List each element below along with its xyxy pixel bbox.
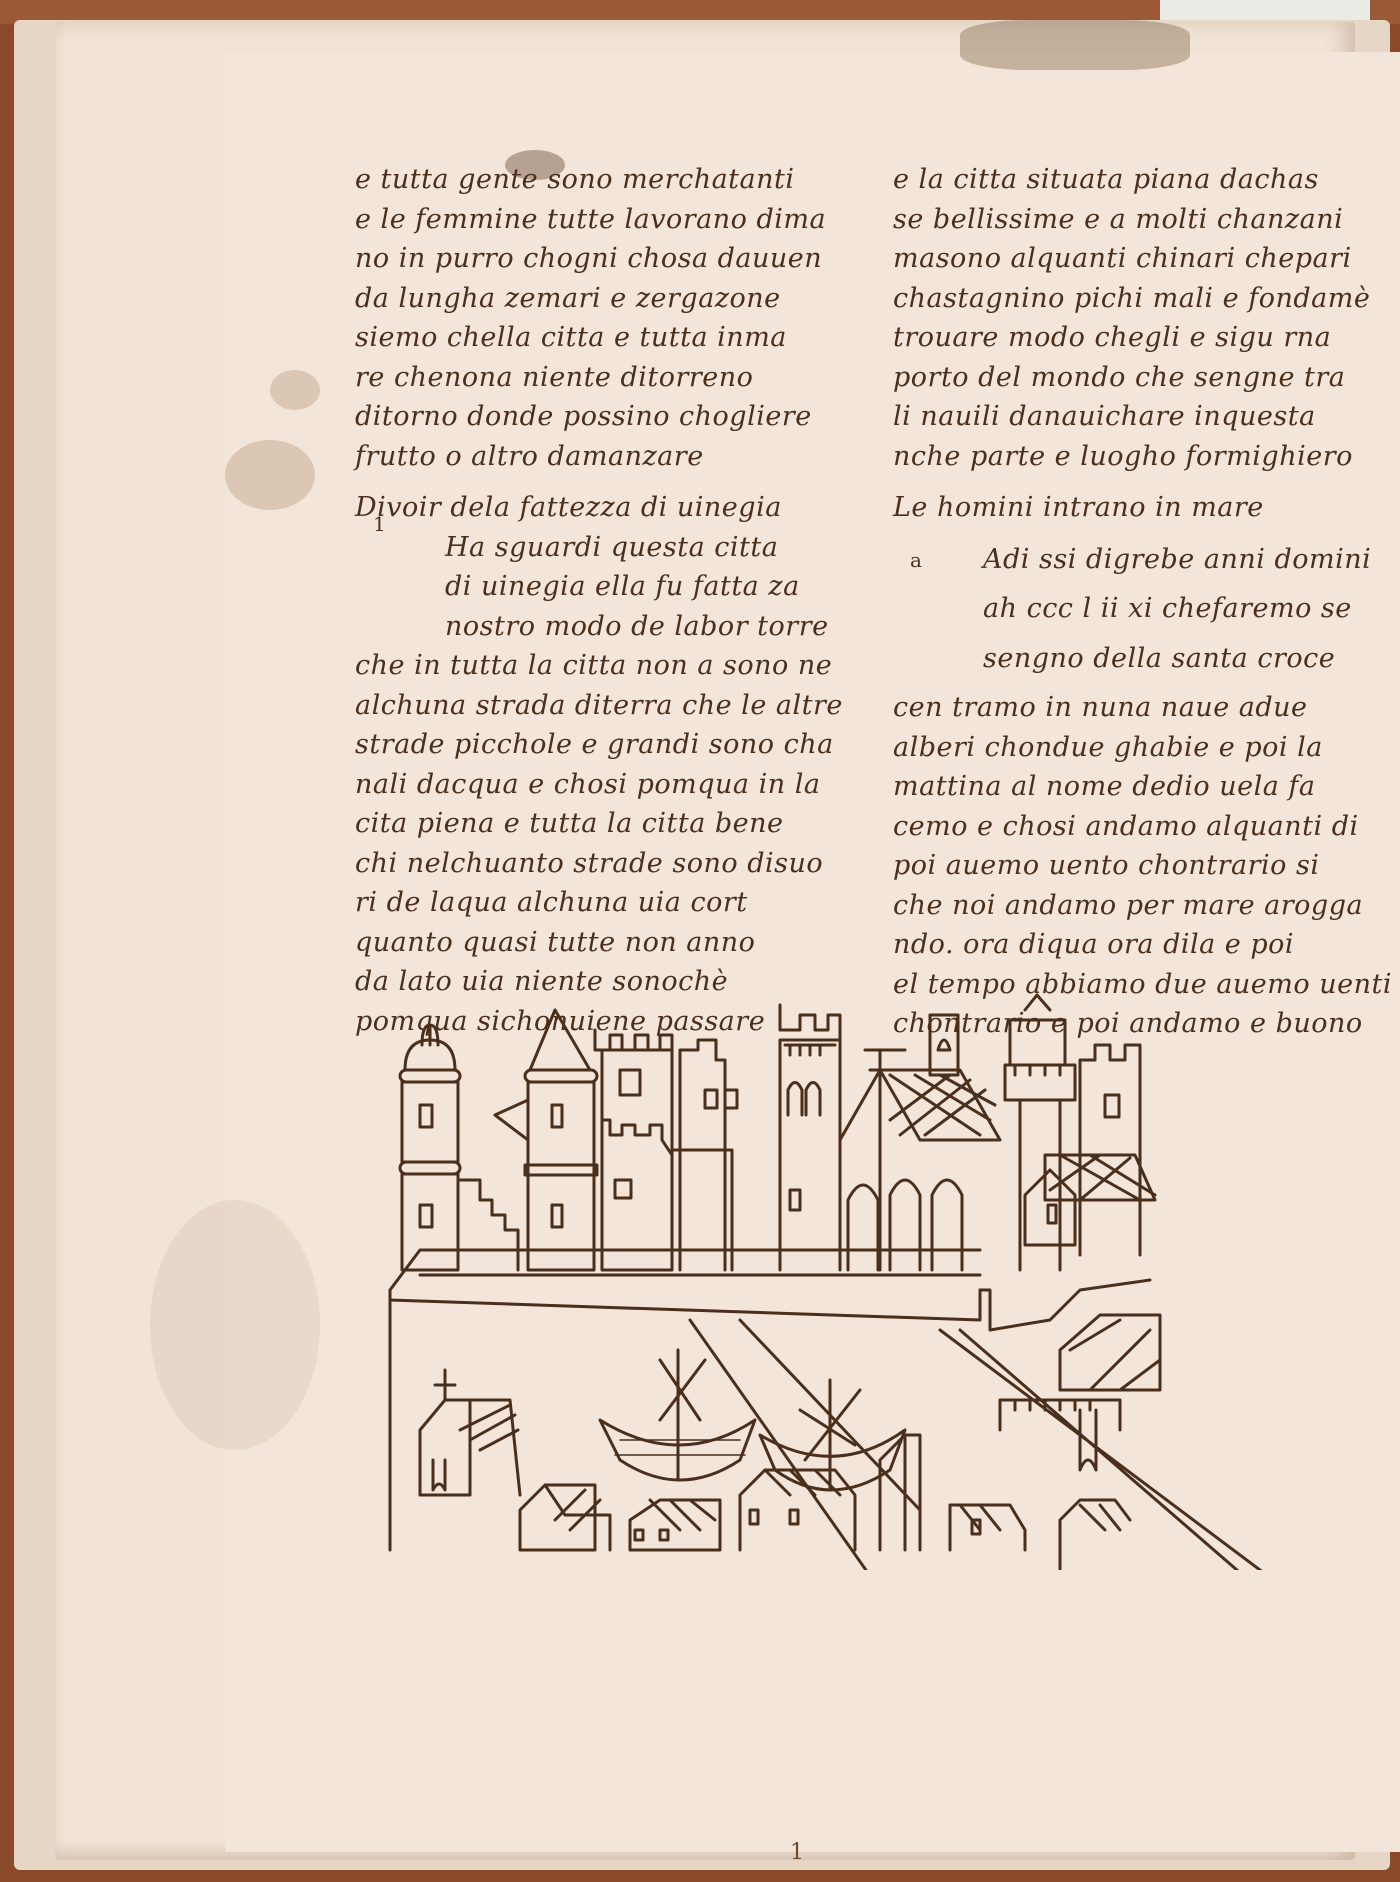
water-stain (150, 1200, 320, 1450)
text-line: cen tramo in nuna naue adue (893, 688, 1392, 728)
text-line: sengno della santa croce (893, 639, 1392, 679)
text-line: mattina al nome dedio uela fa (893, 767, 1392, 807)
text-line: cita piena e tutta la citta bene (355, 804, 843, 844)
text-line: strade picchole e grandi sono cha (355, 725, 843, 765)
paragraph-marker: 1 (373, 512, 386, 536)
text-line: e la citta situata piana dachas (893, 160, 1392, 200)
ship-2 (760, 1380, 905, 1490)
skyline (400, 995, 1155, 1270)
text-line: frutto o altro damanzare (355, 437, 843, 477)
text-line: alberi chondue ghabie e poi la (893, 728, 1392, 768)
text-line: nostro modo de labor torre (355, 607, 843, 647)
text-line: Ha sguardi questa citta (355, 528, 843, 568)
text-line: nche parte e luogho formighiero (893, 437, 1392, 477)
folio-mark: 1 (790, 1840, 804, 1865)
text-line: da lungha zemari e zergazone (355, 279, 843, 319)
paragraph-marker: a (910, 548, 922, 572)
text-line: trouare modo chegli e sigu rna (893, 318, 1392, 358)
text-line: chi nelchuanto strade sono disuo (355, 844, 843, 884)
ship-1 (600, 1350, 755, 1480)
text-line: li nauili danauichare inquesta (893, 397, 1392, 437)
text-line: nali dacqua e chosi pomqua in la (355, 765, 843, 805)
text-line: ditorno donde possino chogliere (355, 397, 843, 437)
text-line: e tutta gente sono merchatanti (355, 160, 843, 200)
left-column-text: e tutta gente sono merchatanti e le femm… (355, 160, 843, 1041)
text-line: Adi ssi digrebe anni domini (893, 540, 1392, 580)
text-line: siemo chella citta e tutta inma (355, 318, 843, 358)
city-harbor-illustration (360, 990, 1360, 1570)
right-column-text: e la citta situata piana dachas se belli… (893, 160, 1392, 1044)
text-line: se bellissime e a molti chanzani (893, 200, 1392, 240)
text-line: cemo e chosi andamo alquanti di (893, 807, 1392, 847)
section-heading: Le homini intrano in mare (893, 488, 1392, 528)
text-line: ndo. ora diqua ora dila e poi (893, 925, 1392, 965)
text-line: che in tutta la citta non a sono ne (355, 646, 843, 686)
text-line: masono alquanti chinari chepari (893, 239, 1392, 279)
text-line: porto del mondo che sengne tra (893, 358, 1392, 398)
text-line: re chenona niente ditorreno (355, 358, 843, 398)
corner-stain (960, 20, 1190, 70)
water-stain (225, 440, 315, 510)
section-heading: Divoir dela fattezza di uinegia (355, 488, 843, 528)
text-line: e le femmine tutte lavorano dima (355, 200, 843, 240)
text-line: di uinegia ella fu fatta za (355, 567, 843, 607)
text-line: poi auemo uento chontrario si (893, 846, 1392, 886)
text-line: che noi andamo per mare arogga (893, 886, 1392, 926)
text-line: alchuna strada diterra che le altre (355, 686, 843, 726)
text-line: no in purro chogni chosa dauuen (355, 239, 843, 279)
text-line: ah ccc l ii xi chefaremo se (893, 589, 1392, 629)
text-line: ri de laqua alchuna uia cort (355, 883, 843, 923)
text-line: chastagnino pichi mali e fondamè (893, 279, 1392, 319)
water-stain (270, 370, 320, 410)
text-line: quanto quasi tutte non anno (355, 923, 843, 963)
